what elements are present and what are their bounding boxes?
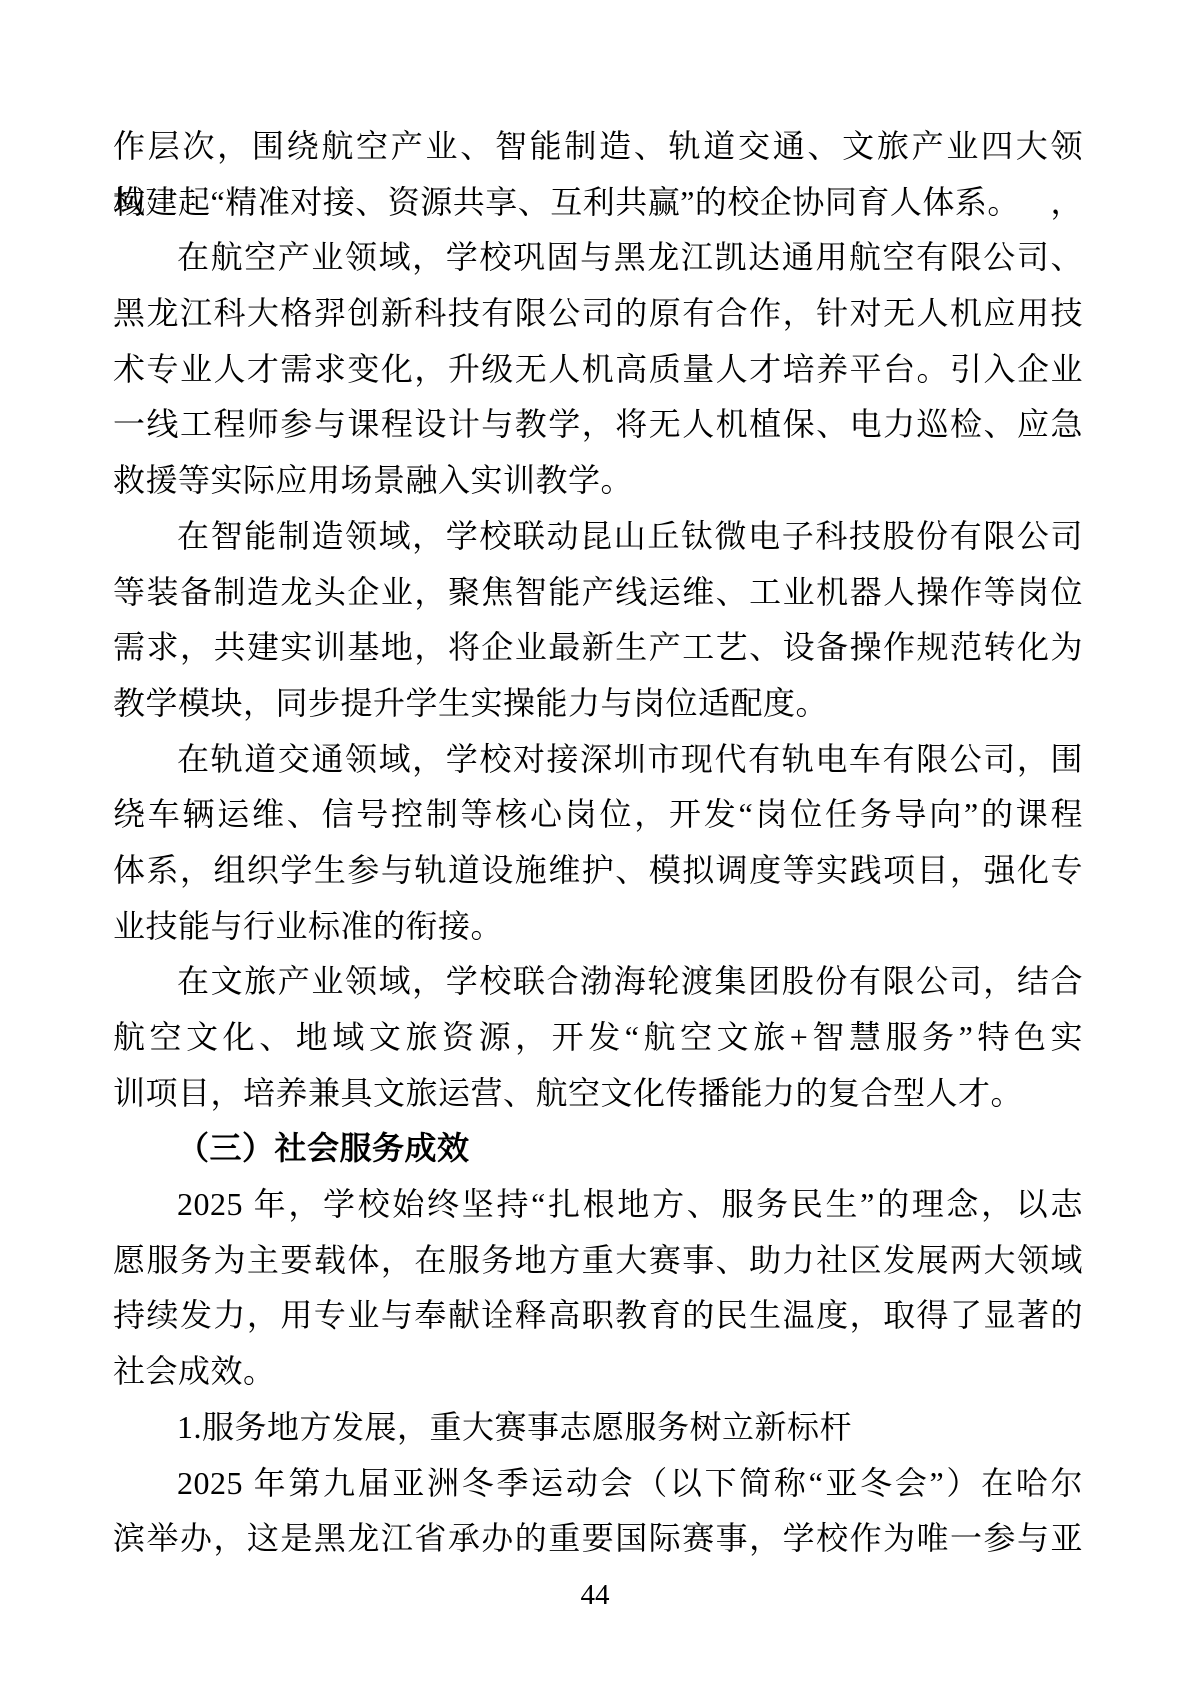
body-text-line: 构建起“精准对接、资源共享、互利共赢”的校企协同育人体系。 <box>113 175 1083 231</box>
numbered-subheading: 1.服务地方发展，重大赛事志愿服务树立新标杆 <box>113 1400 1083 1456</box>
body-text-line: 持续发力，用专业与奉献诠释高职教育的民生温度，取得了显著的 <box>113 1288 1083 1344</box>
body-text-line: 体系，组织学生参与轨道设施维护、模拟调度等实践项目，强化专 <box>113 843 1083 899</box>
body-text-line: 在智能制造领域，学校联动昆山丘钛微电子科技股份有限公司 <box>113 509 1083 565</box>
body-text-line: 训项目，培养兼具文旅运营、航空文化传播能力的复合型人才。 <box>113 1066 1083 1122</box>
body-text-line: 在文旅产业领域，学校联合渤海轮渡集团股份有限公司，结合 <box>113 954 1083 1010</box>
body-text-line: 教学模块，同步提升学生实操能力与岗位适配度。 <box>113 676 1083 732</box>
body-text-line: 2025 年第九届亚洲冬季运动会（以下简称“亚冬会”）在哈尔 <box>113 1456 1083 1512</box>
body-text-line: 一线工程师参与课程设计与教学，将无人机植保、电力巡检、应急 <box>113 397 1083 453</box>
body-text-line: 在轨道交通领域，学校对接深圳市现代有轨电车有限公司，围 <box>113 732 1083 788</box>
body-text-line: 绕车辆运维、信号控制等核心岗位，开发“岗位任务导向”的课程 <box>113 787 1083 843</box>
document-page: 作层次，围绕航空产业、智能制造、轨道交通、文旅产业四大领域， 构建起“精准对接、… <box>0 0 1190 1683</box>
body-text-line: 业技能与行业标准的衔接。 <box>113 899 1083 955</box>
page-number: 44 <box>0 1577 1190 1613</box>
body-text-line: 滨举办，这是黑龙江省承办的重要国际赛事，学校作为唯一参与亚 <box>113 1511 1083 1567</box>
body-text-line: 作层次，围绕航空产业、智能制造、轨道交通、文旅产业四大领域， <box>113 119 1083 175</box>
body-text-line: 2025 年，学校始终坚持“扎根地方、服务民生”的理念，以志 <box>113 1177 1083 1233</box>
body-text-line: 等装备制造龙头企业，聚焦智能产线运维、工业机器人操作等岗位 <box>113 565 1083 621</box>
body-text-line: 社会成效。 <box>113 1344 1083 1400</box>
body-text-line: 在航空产业领域，学校巩固与黑龙江凯达通用航空有限公司、 <box>113 230 1083 286</box>
body-text-line: 愿服务为主要载体，在服务地方重大赛事、助力社区发展两大领域 <box>113 1233 1083 1289</box>
body-text-line: 航空文化、地域文旅资源，开发“航空文旅+智慧服务”特色实 <box>113 1010 1083 1066</box>
body-text-line: 需求，共建实训基地，将企业最新生产工艺、设备操作规范转化为 <box>113 620 1083 676</box>
body-text-line: 救援等实际应用场景融入实训教学。 <box>113 453 1083 509</box>
section-heading: （三）社会服务成效 <box>113 1121 1083 1177</box>
body-text-line: 黑龙江科大格羿创新科技有限公司的原有合作，针对无人机应用技 <box>113 286 1083 342</box>
document-body: 作层次，围绕航空产业、智能制造、轨道交通、文旅产业四大领域， 构建起“精准对接、… <box>113 119 1083 1567</box>
body-text-line: 术专业人才需求变化，升级无人机高质量人才培养平台。引入企业 <box>113 342 1083 398</box>
